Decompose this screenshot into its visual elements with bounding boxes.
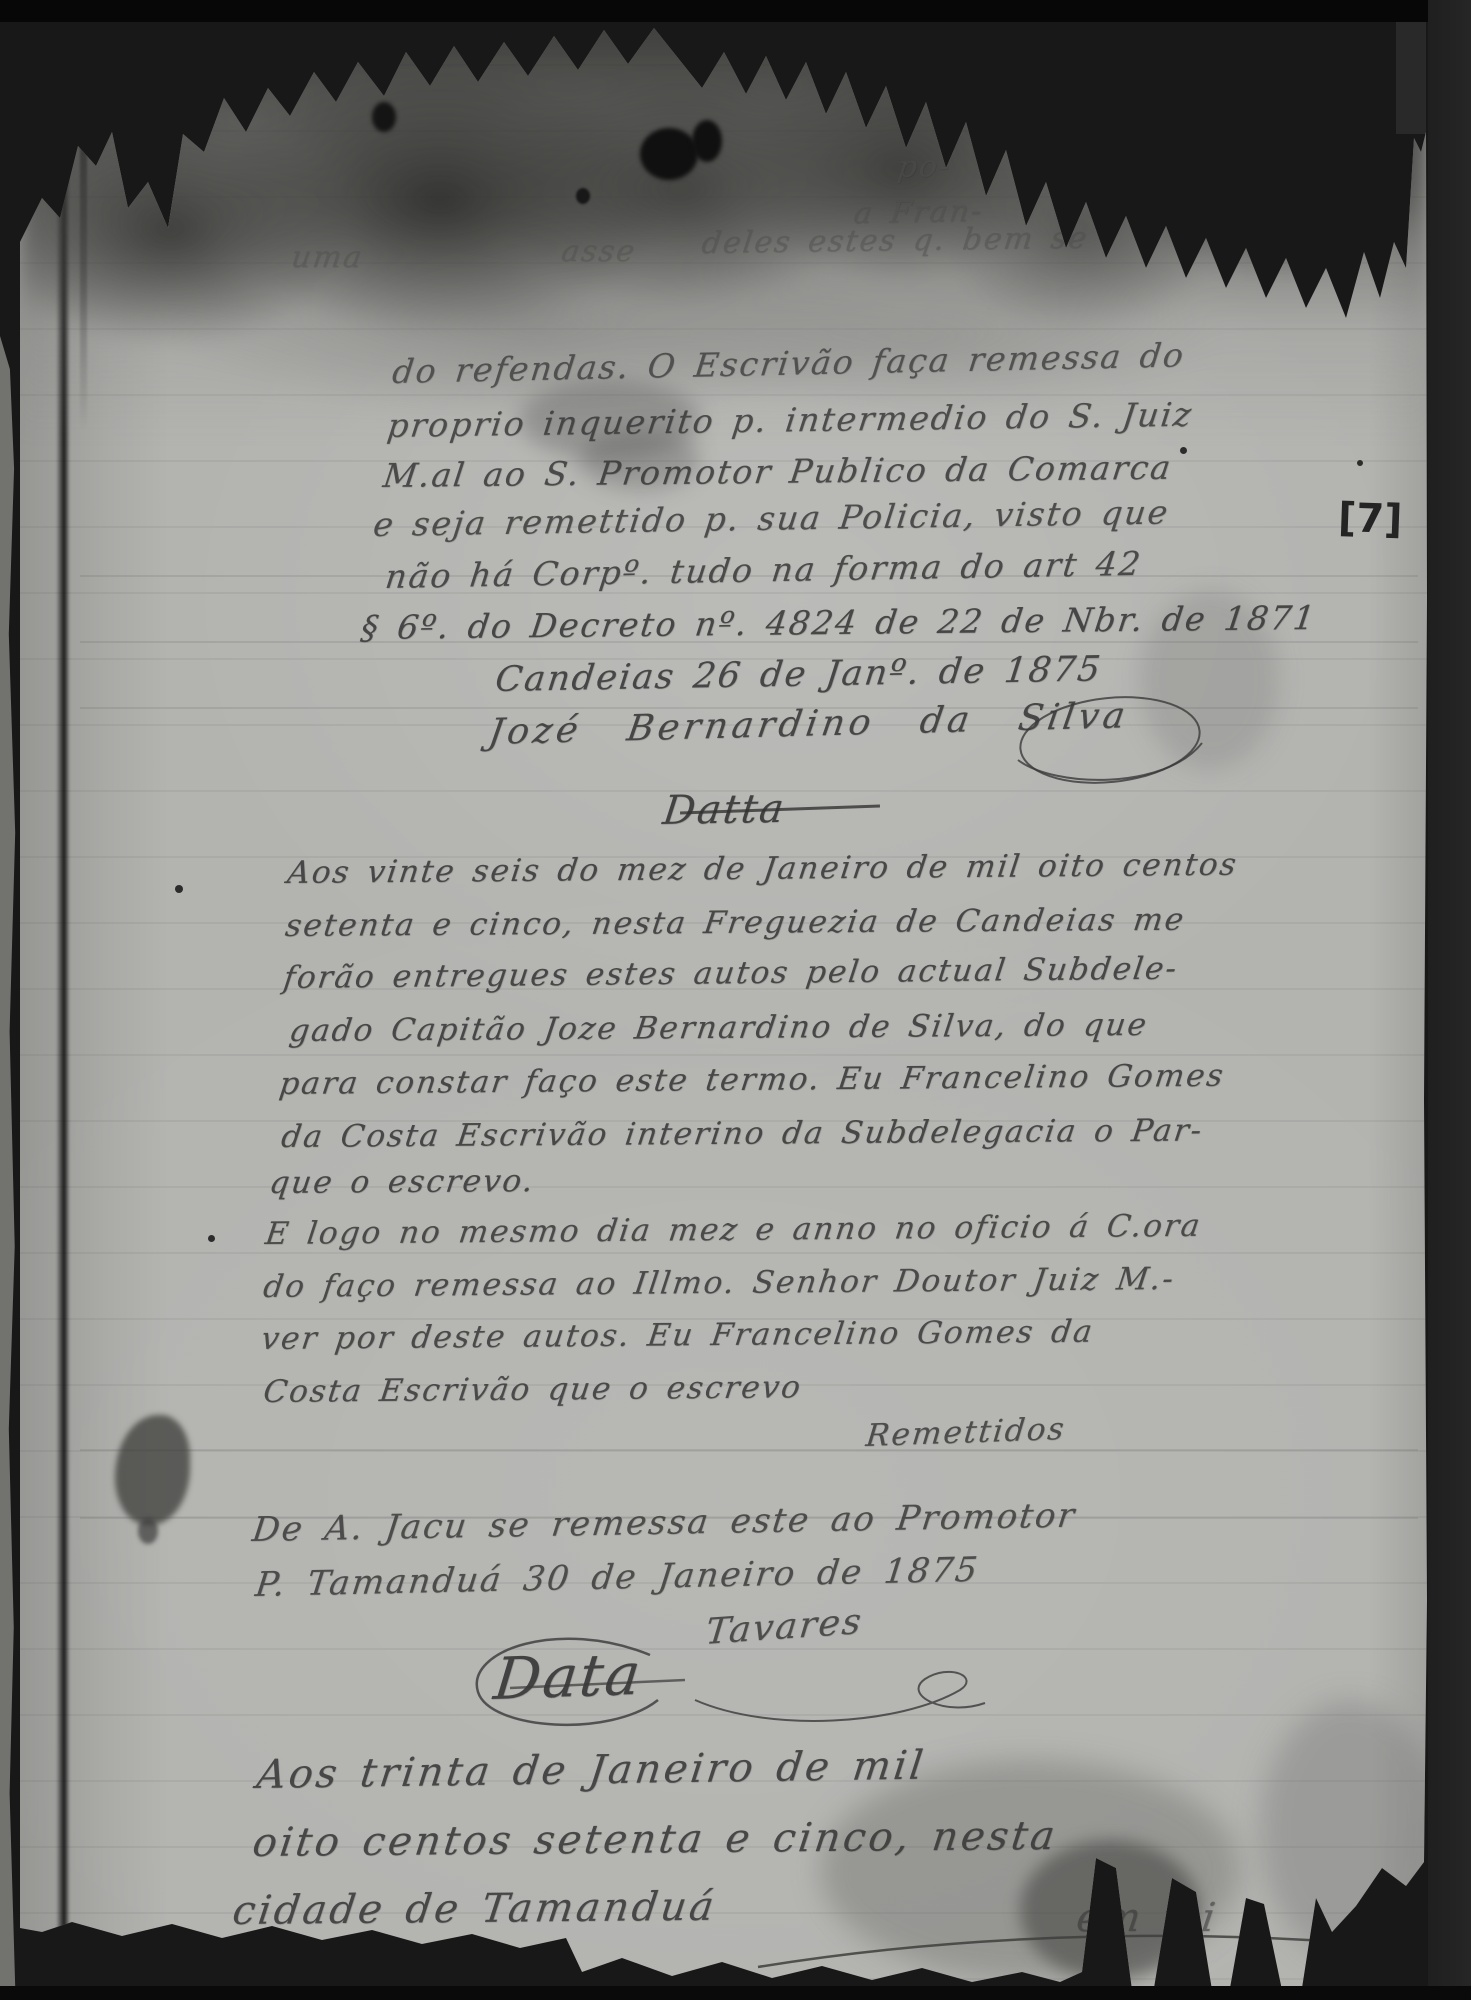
ink-dot [208,1235,215,1242]
signature-flourish [1010,688,1210,798]
tear-hole [1268,130,1308,200]
manuscript-line: gado Capitão Joze Bernardino de Silva, d… [287,1007,1150,1049]
scan-right-background [1428,0,1471,2000]
manuscript-line: M.al ao S. Promotor Publico da Comarca [381,448,1175,495]
manuscript-line: ver por deste autos. Eu Francelino Gomes… [259,1314,1096,1357]
tear-hole [932,74,952,94]
ink-dot [1180,447,1187,454]
tear-hole [640,128,698,180]
manuscript-fragment: po- [896,149,954,185]
scanned-manuscript-page: po- a Fran- uma asse deles estes q. bem … [0,0,1471,2000]
manuscript-line: cidade de Tamanduá [230,1884,719,1934]
manuscript-line: Costa Escrivão que o escrevo [261,1369,804,1410]
tear-hole [372,102,396,132]
scan-corner-artifact [1396,22,1426,134]
manuscript-line: Aos trinta de Janeiro de mil [254,1743,928,1798]
ink-dot [1357,460,1363,466]
manuscript-fragment: deles estes q. bem se [700,221,1091,261]
scan-bottom-edge [0,1986,1471,2000]
pen-flourish [450,1630,670,1740]
ink-blot [138,1518,158,1544]
annotation-remettidos: Remettidos [864,1411,1067,1454]
manuscript-line: da Costa Escrivão interino da Subdelegac… [279,1113,1205,1155]
rule-line [80,1449,1418,1451]
signature-flourish [680,1655,1000,1745]
manuscript-line: setenta e cinco, nesta Freguezia de Cand… [283,902,1187,944]
manuscript-fragment: uma [289,240,366,275]
manuscript-line: que o escrevo. [267,1163,537,1201]
adjacent-page-edge [0,336,16,1992]
page-number-marker: [7] [1337,495,1403,543]
manuscript-fragment: asse [559,234,638,269]
water-stain-bottom [1260,1700,1440,1960]
pen-underline [750,1925,1450,1980]
manuscript-line: oito centos setenta e cinco, nesta [250,1813,1060,1866]
manuscript-paper: po- a Fran- uma asse deles estes q. bem … [20,0,1428,1996]
tear-hole [576,188,590,204]
scan-top-edge [0,0,1471,22]
dark-stain [1230,80,1340,230]
ink-dot [175,885,183,893]
tear-hole [692,120,722,162]
